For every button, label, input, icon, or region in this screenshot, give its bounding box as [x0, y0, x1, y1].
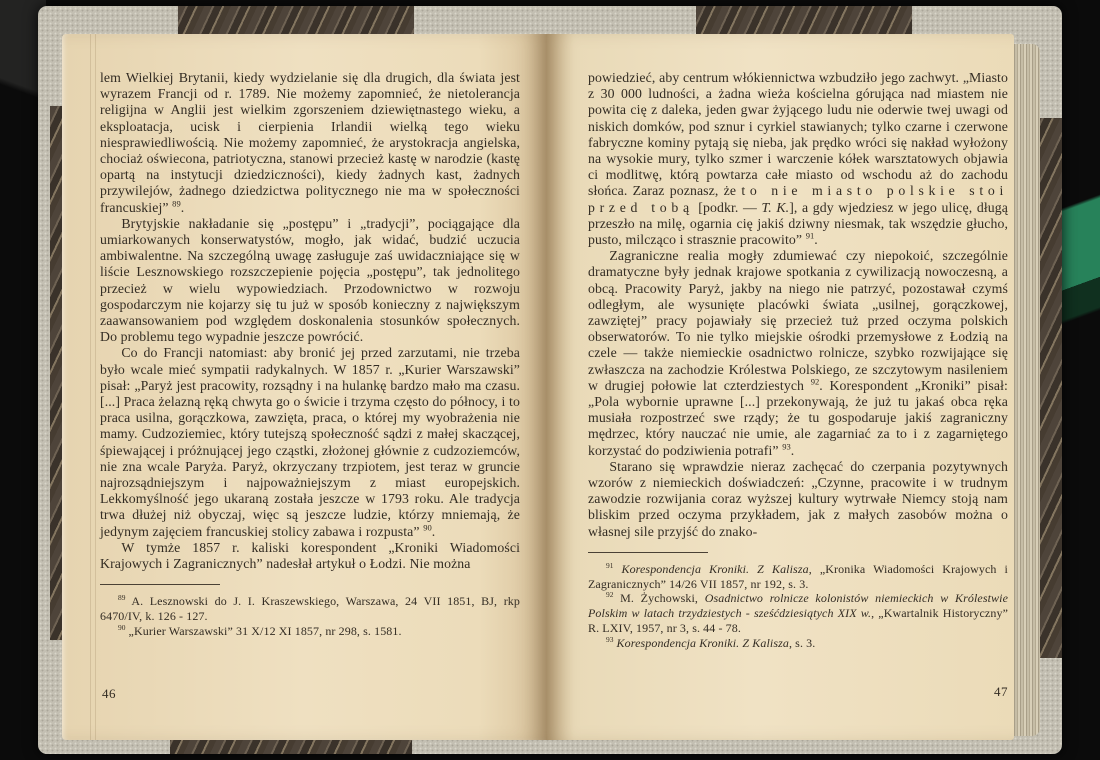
paragraph: lem Wielkiej Brytanii, kiedy wydzielanie… — [100, 70, 520, 216]
footnote: 89 A. Lesznowski do J. I. Kraszewskiego,… — [100, 594, 520, 624]
paragraph: Co do Francji natomiast: aby bronić jej … — [100, 345, 520, 539]
left-page-number: 46 — [102, 686, 116, 702]
photo-background: lem Wielkiej Brytanii, kiedy wydzielanie… — [0, 0, 1100, 760]
footnote: 92 M. Żychowski, Osadnictwo rolnicze kol… — [588, 591, 1008, 635]
right-page-paragraphs: powiedzieć, aby centrum włókiennictwa wz… — [588, 70, 1008, 540]
marbled-paper-top-right — [696, 6, 912, 36]
right-page-number: 47 — [588, 684, 1008, 700]
left-page-text: lem Wielkiej Brytanii, kiedy wydzielanie… — [100, 70, 520, 639]
open-book-spread: lem Wielkiej Brytanii, kiedy wydzielanie… — [62, 34, 1014, 740]
footnote: 93 Korespondencja Kroniki. Z Kalisza, s.… — [588, 636, 1008, 651]
marbled-paper-top-left — [178, 6, 414, 36]
right-footnote-rule — [588, 552, 708, 553]
paragraph: Zagraniczne realia mogły zdumiewać czy n… — [588, 248, 1008, 459]
left-page-paragraphs: lem Wielkiej Brytanii, kiedy wydzielanie… — [100, 70, 520, 572]
left-page: lem Wielkiej Brytanii, kiedy wydzielanie… — [62, 34, 546, 740]
paragraph: Starano się wprawdzie nieraz zachęcać do… — [588, 459, 1008, 540]
right-page: powiedzieć, aby centrum włókiennictwa wz… — [546, 34, 1014, 740]
green-stripe-left — [0, 298, 42, 498]
left-page-footnotes: 89 A. Lesznowski do J. I. Kraszewskiego,… — [100, 594, 520, 638]
paragraph: powiedzieć, aby centrum włókiennictwa wz… — [588, 70, 1008, 248]
paragraph: Brytyjskie nakładanie się „postępu” i „t… — [100, 216, 520, 346]
right-page-text: powiedzieć, aby centrum włókiennictwa wz… — [588, 70, 1008, 651]
left-footnote-rule — [100, 584, 220, 585]
paragraph: W tymże 1857 r. kaliski korespondent „Kr… — [100, 540, 520, 572]
footnote: 91 Korespondencja Kroniki. Z Kalisza, „K… — [588, 562, 1008, 592]
right-page-footnotes: 91 Korespondencja Kroniki. Z Kalisza, „K… — [588, 562, 1008, 651]
footnote: 90 „Kurier Warszawski” 31 X/12 XI 1857, … — [100, 624, 520, 639]
page-block-edge — [1012, 44, 1040, 736]
